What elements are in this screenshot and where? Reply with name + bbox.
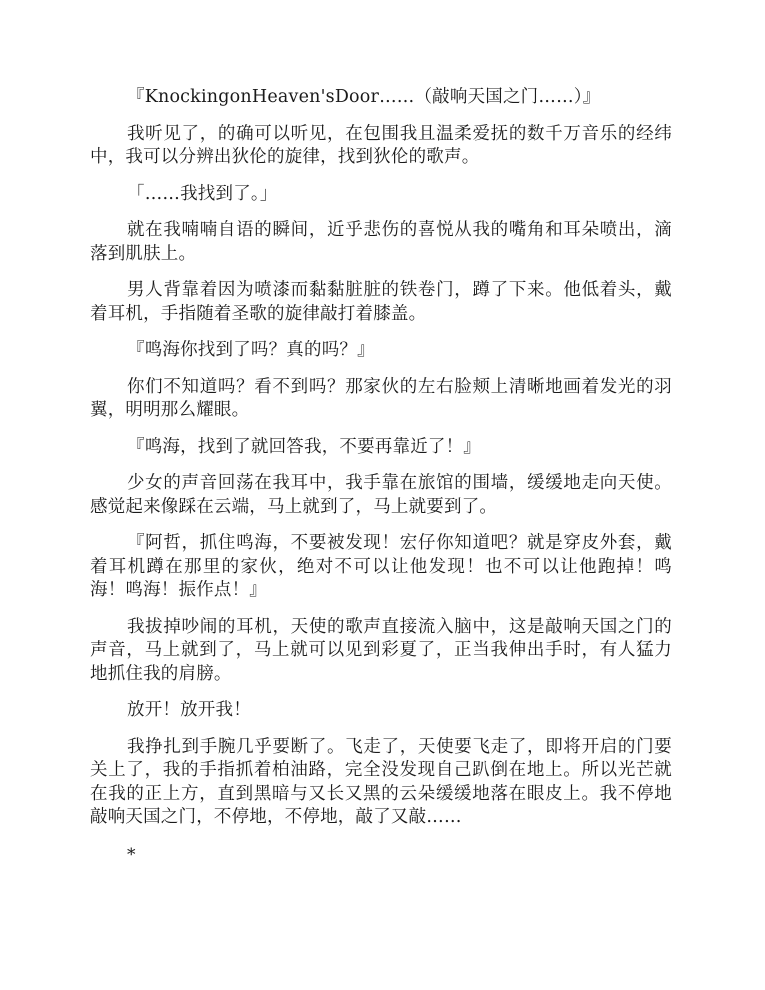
paragraph-dialog: 『阿哲，抓住鸣海，不要被发现！宏仔你知道吧？就是穿皮外套，戴着耳机蹲在那里的家伙…	[90, 532, 672, 603]
section-separator: *	[90, 844, 672, 868]
paragraph-dialog: 『鸣海，找到了就回答我，不要再靠近了！』	[90, 436, 672, 460]
paragraph-dialog: 『鸣海你找到了吗？真的吗？』	[90, 339, 672, 363]
paragraph-narration: 我拔掉吵闹的耳机，天使的歌声直接流入脑中，这是敲响天国之门的声音，马上就到了，马…	[90, 616, 672, 687]
paragraph-narration: 我听见了，的确可以听见，在包围我且温柔爱抚的数千万音乐的经纬中，我可以分辨出狄伦…	[90, 123, 672, 170]
paragraph-narration: 放开！放开我！	[90, 699, 672, 723]
paragraph-narration: 男人背靠着因为喷漆而黏黏脏脏的铁卷门，蹲了下来。他低着头，戴着耳机，手指随着圣歌…	[90, 279, 672, 326]
document-page: 『KnockingonHeaven'sDoor……（敲响天国之门……）』 我听见…	[90, 86, 672, 880]
paragraph-narration: 我挣扎到手腕几乎要断了。飞走了，天使要飞走了，即将开启的门要关上了，我的手指抓着…	[90, 736, 672, 830]
paragraph-dialog-song-title: 『KnockingonHeaven'sDoor……（敲响天国之门……）』	[90, 86, 672, 110]
paragraph-dialog: 「……我找到了。」	[90, 183, 672, 207]
paragraph-narration: 你们不知道吗？看不到吗？那家伙的左右脸颊上清晰地画着发光的羽翼，明明那么耀眼。	[90, 376, 672, 423]
paragraph-narration: 少女的声音回荡在我耳中，我手靠在旅馆的围墙，缓缓地走向天使。感觉起来像踩在云端，…	[90, 472, 672, 519]
paragraph-narration: 就在我喃喃自语的瞬间，近乎悲伤的喜悦从我的嘴角和耳朵喷出，滴落到肌肤上。	[90, 219, 672, 266]
